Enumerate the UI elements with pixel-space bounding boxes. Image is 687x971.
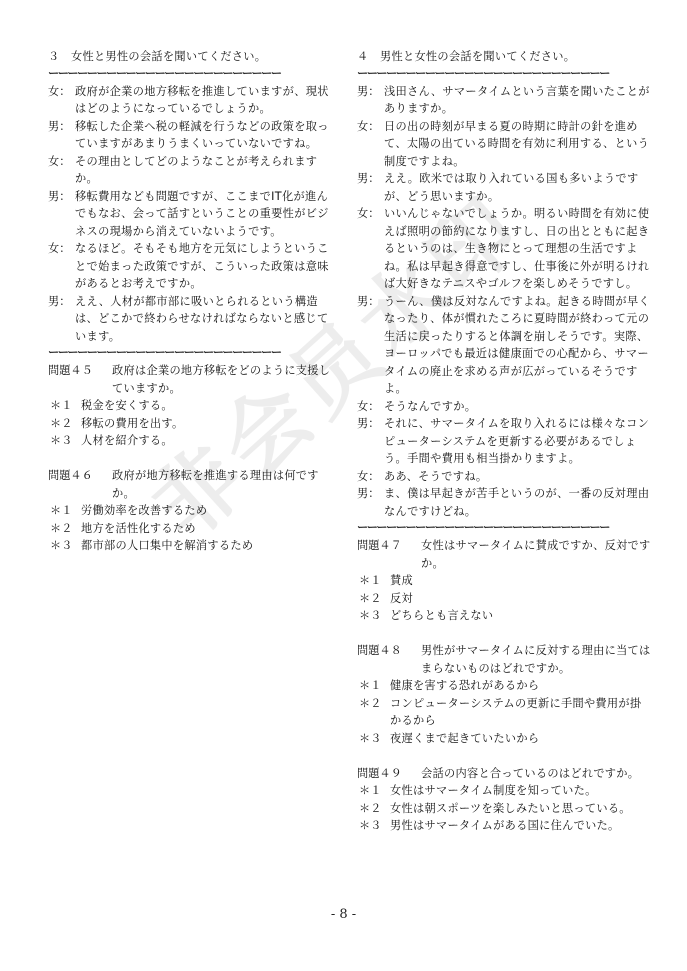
dialogue-line: 男：移転費用なども問題ですが、ここまでIT化が進んでもなお、会って話すということ… [48, 188, 338, 241]
option-number: ＊１ [357, 782, 390, 800]
utterance: ええ、人材が都市部に吸いとられるという構造は、どこかで終わらせなければならないと… [75, 293, 338, 346]
option-text: 労働効率を改善するため [81, 502, 338, 520]
option: ＊２女性は朝スポーツを楽しみたいと思っている。 [357, 800, 652, 818]
option-number: ＊１ [357, 572, 390, 590]
question-label: 問題４７ [357, 537, 421, 572]
utterance: 浅田さん、サマータイムという言葉を聞いたことがありますか。 [384, 83, 652, 118]
option: ＊１健康を害する恐れがあるから [357, 677, 652, 695]
option: ＊３どちらとも言えない [357, 607, 652, 625]
dialogue-line: 男：浅田さん、サマータイムという言葉を聞いたことがありますか。 [357, 83, 652, 118]
speaker-label: 男： [48, 188, 75, 241]
divider: ーーーーーーーーーーーーーーーーーーーーーーーーーー [357, 520, 652, 537]
option: ＊２移転の費用を出す。 [48, 415, 338, 433]
speaker-label: 男： [357, 83, 384, 118]
option-text: どちらとも言えない [390, 607, 652, 625]
option-text: 地方を活性化するため [81, 520, 338, 538]
question-45: 問題４５政府は企業の地方移転をどのように支援していますか。 ＊１税金を安くする。… [48, 362, 338, 450]
question-text: 会話の内容と合っているのはどれですか。 [421, 765, 652, 783]
option: ＊３都市部の人口集中を解消するため [48, 537, 338, 555]
option-text: 女性は朝スポーツを楽しみたいと思っている。 [390, 800, 652, 818]
question-label: 問題４８ [357, 642, 421, 677]
dialogue-line: 女：政府が企業の地方移転を推進していますが、現状はどのようになっているでしょうか… [48, 83, 338, 118]
section-heading: ４ 男性と女性の会話を聞いてください。 [357, 48, 652, 66]
option-number: ＊１ [357, 677, 390, 695]
speaker-label: 女： [48, 83, 75, 118]
utterance: 日の出の時刻が早まる夏の時期に時計の針を進めて、太陽の出ている時間を有効に利用す… [384, 118, 652, 171]
option-text: 健康を害する恐れがあるから [390, 677, 652, 695]
section-4: ４ 男性と女性の会話を聞いてください。 ーーーーーーーーーーーーーーーーーーーー… [357, 48, 652, 835]
page-number: - 8 - [0, 907, 687, 922]
speaker-label: 女： [357, 398, 384, 416]
divider: ーーーーーーーーーーーーーーーーーーーーーーーー [48, 345, 338, 362]
option-text: 賛成 [390, 572, 652, 590]
dialogue-line: 男：うーん、僕は反対なんですよね。起きる時間が早くなったり、体が慣れたころに夏時… [357, 293, 652, 398]
speaker-label: 男： [357, 485, 384, 520]
section-3: ３ 女性と男性の会話を聞いてください。 ーーーーーーーーーーーーーーーーーーーー… [48, 48, 338, 555]
utterance: そうなんですか。 [384, 398, 652, 416]
speaker-label: 女： [48, 153, 75, 188]
speaker-label: 男： [357, 415, 384, 468]
utterance: その理由としてどのようなことが考えられますか。 [75, 153, 338, 188]
dialogue-line: 男：ええ、人材が都市部に吸いとられるという構造は、どこかで終わらせなければならな… [48, 293, 338, 346]
question-text: 男性がサマータイムに反対する理由に当てはまらないものはどれですか。 [421, 642, 652, 677]
option-number: ＊３ [357, 817, 390, 835]
option-text: 移転の費用を出す。 [81, 415, 338, 433]
question-text: 女性はサマータイムに賛成ですか、反対ですか。 [421, 537, 652, 572]
question-label: 問題４９ [357, 765, 421, 783]
utterance: ああ、そうですね。 [384, 468, 652, 486]
option: ＊３夜遅くまで起きていたいから [357, 730, 652, 748]
dialogue-line: 男：それに、サマータイムを取り入れるには様々なコンピューターシステムを更新する必… [357, 415, 652, 468]
option: ＊２地方を活性化するため [48, 520, 338, 538]
option-number: ＊２ [357, 695, 390, 730]
question-label: 問題４５ [48, 362, 112, 397]
divider: ーーーーーーーーーーーーーーーーーーーーーーーーーー [357, 66, 652, 83]
dialogue-line: 女：そうなんですか。 [357, 398, 652, 416]
option-text: 税金を安くする。 [81, 397, 338, 415]
question-46: 問題４６政府が地方移転を推進する理由は何ですか。 ＊１労働効率を改善するため ＊… [48, 467, 338, 555]
option-number: ＊１ [48, 502, 81, 520]
divider: ーーーーーーーーーーーーーーーーーーーーーーーー [48, 66, 338, 83]
dialogue-line: 女：ああ、そうですね。 [357, 468, 652, 486]
speaker-label: 男： [357, 170, 384, 205]
option-text: コンピューターシステムの更新に手間や費用が掛かるから [390, 695, 652, 730]
dialogue-line: 男：ま、僕は早起きが苦手というのが、一番の反対理由なんですけどね。 [357, 485, 652, 520]
option: ＊１労働効率を改善するため [48, 502, 338, 520]
option: ＊２反対 [357, 590, 652, 608]
utterance: 移転した企業へ税の軽減を行うなどの政策を取っていますがあまりうまくいっていないで… [75, 118, 338, 153]
speaker-label: 女： [357, 118, 384, 171]
dialogue: 女：政府が企業の地方移転を推進していますが、現状はどのようになっているでしょうか… [48, 83, 338, 346]
speaker-label: 男： [48, 293, 75, 346]
option-number: ＊３ [357, 607, 390, 625]
utterance: いいんじゃないでしょうか。明るい時間を有効に使えば照明の節約になりますし、日の出… [384, 205, 652, 293]
question-label: 問題４６ [48, 467, 112, 502]
option-text: 男性はサマータイムがある国に住んでいた。 [390, 817, 652, 835]
question-text: 政府は企業の地方移転をどのように支援していますか。 [112, 362, 338, 397]
dialogue-line: 男：移転した企業へ税の軽減を行うなどの政策を取っていますがあまりうまくいっていな… [48, 118, 338, 153]
dialogue-line: 女：その理由としてどのようなことが考えられますか。 [48, 153, 338, 188]
utterance: 移転費用なども問題ですが、ここまでIT化が進んでもなお、会って話すということの重… [75, 188, 338, 241]
utterance: それに、サマータイムを取り入れるには様々なコンピューターシステムを更新する必要が… [384, 415, 652, 468]
option-number: ＊３ [48, 537, 81, 555]
option-text: 都市部の人口集中を解消するため [81, 537, 338, 555]
question-text: 政府が地方移転を推進する理由は何ですか。 [112, 467, 338, 502]
option: ＊２コンピューターシステムの更新に手間や費用が掛かるから [357, 695, 652, 730]
option: ＊３男性はサマータイムがある国に住んでいた。 [357, 817, 652, 835]
speaker-label: 女： [48, 240, 75, 293]
option-number: ＊２ [48, 520, 81, 538]
option-text: 女性はサマータイム制度を知っていた。 [390, 782, 652, 800]
speaker-label: 男： [48, 118, 75, 153]
option-number: ＊１ [48, 397, 81, 415]
dialogue-line: 女：なるほど。そもそも地方を元気にしようということで始まった政策ですが、こういっ… [48, 240, 338, 293]
option-number: ＊２ [357, 800, 390, 818]
dialogue-line: 女：いいんじゃないでしょうか。明るい時間を有効に使えば照明の節約になりますし、日… [357, 205, 652, 293]
dialogue-line: 男：ええ。欧米では取り入れている国も多いようですが、どう思いますか。 [357, 170, 652, 205]
option-number: ＊２ [357, 590, 390, 608]
option-text: 反対 [390, 590, 652, 608]
dialogue-line: 女：日の出の時刻が早まる夏の時期に時計の針を進めて、太陽の出ている時間を有効に利… [357, 118, 652, 171]
option-number: ＊３ [357, 730, 390, 748]
speaker-label: 男： [357, 293, 384, 398]
option-text: 夜遅くまで起きていたいから [390, 730, 652, 748]
option-number: ＊２ [48, 415, 81, 433]
option-number: ＊３ [48, 432, 81, 450]
option: ＊３人材を紹介する。 [48, 432, 338, 450]
question-47: 問題４７女性はサマータイムに賛成ですか、反対ですか。 ＊１賛成 ＊２反対 ＊３ど… [357, 537, 652, 625]
option: ＊１女性はサマータイム制度を知っていた。 [357, 782, 652, 800]
dialogue: 男：浅田さん、サマータイムという言葉を聞いたことがありますか。 女：日の出の時刻… [357, 83, 652, 521]
question-48: 問題４８男性がサマータイムに反対する理由に当てはまらないものはどれですか。 ＊１… [357, 642, 652, 747]
utterance: ええ。欧米では取り入れている国も多いようですが、どう思いますか。 [384, 170, 652, 205]
utterance: うーん、僕は反対なんですよね。起きる時間が早くなったり、体が慣れたころに夏時間が… [384, 293, 652, 398]
speaker-label: 女： [357, 205, 384, 293]
option-text: 人材を紹介する。 [81, 432, 338, 450]
speaker-label: 女： [357, 468, 384, 486]
section-heading: ３ 女性と男性の会話を聞いてください。 [48, 48, 338, 66]
utterance: なるほど。そもそも地方を元気にしようということで始まった政策ですが、こういった政… [75, 240, 338, 293]
option: ＊１税金を安くする。 [48, 397, 338, 415]
utterance: 政府が企業の地方移転を推進していますが、現状はどのようになっているでしょうか。 [75, 83, 338, 118]
utterance: ま、僕は早起きが苦手というのが、一番の反対理由なんですけどね。 [384, 485, 652, 520]
option: ＊１賛成 [357, 572, 652, 590]
question-49: 問題４９会話の内容と合っているのはどれですか。 ＊１女性はサマータイム制度を知っ… [357, 765, 652, 835]
